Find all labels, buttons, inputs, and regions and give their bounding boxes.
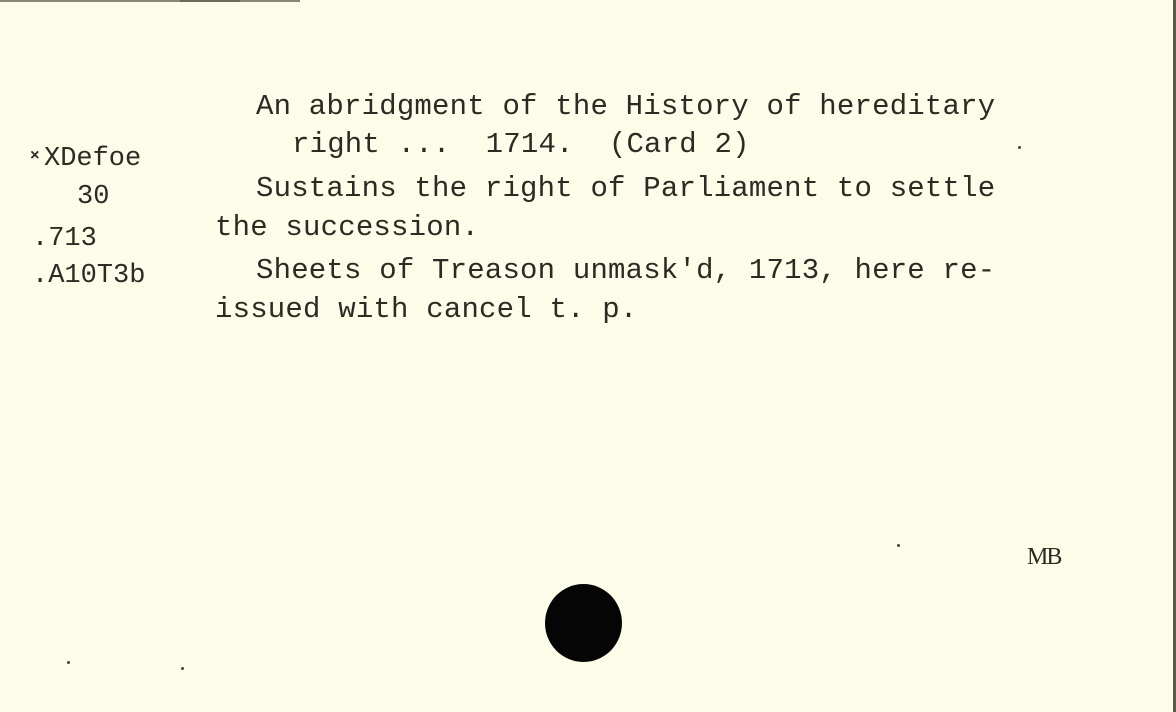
punch-hole [545,584,622,662]
ink-speck [67,661,70,664]
ink-speck [1018,146,1021,149]
card-top-edge [0,0,300,2]
call-number-mark: × [30,148,40,164]
note-line-3: Sheets of Treason unmask'd, 1713, here r… [256,256,995,285]
call-number-line-2: 30 [77,184,109,211]
catalog-card: × XDefoe 30 .713 .A10T3b An abridgment o… [0,0,1176,712]
cataloger-initials: MB [1027,544,1060,571]
ink-speck [181,667,184,670]
title-line-2: right ... 1714. (Card 2) [292,130,750,159]
title-line-1: An abridgment of the History of heredita… [256,92,995,121]
call-number-line-3: .713 [32,226,97,253]
card-top-edge-shadow [180,0,240,2]
note-line-1: Sustains the right of Parliament to sett… [256,174,995,203]
note-line-4: issued with cancel t. p. [215,295,637,324]
note-line-2: the succession. [215,213,479,242]
call-number-line-4: .A10T3b [32,263,145,290]
call-number-line-1: XDefoe [44,146,141,173]
ink-speck [897,544,900,547]
